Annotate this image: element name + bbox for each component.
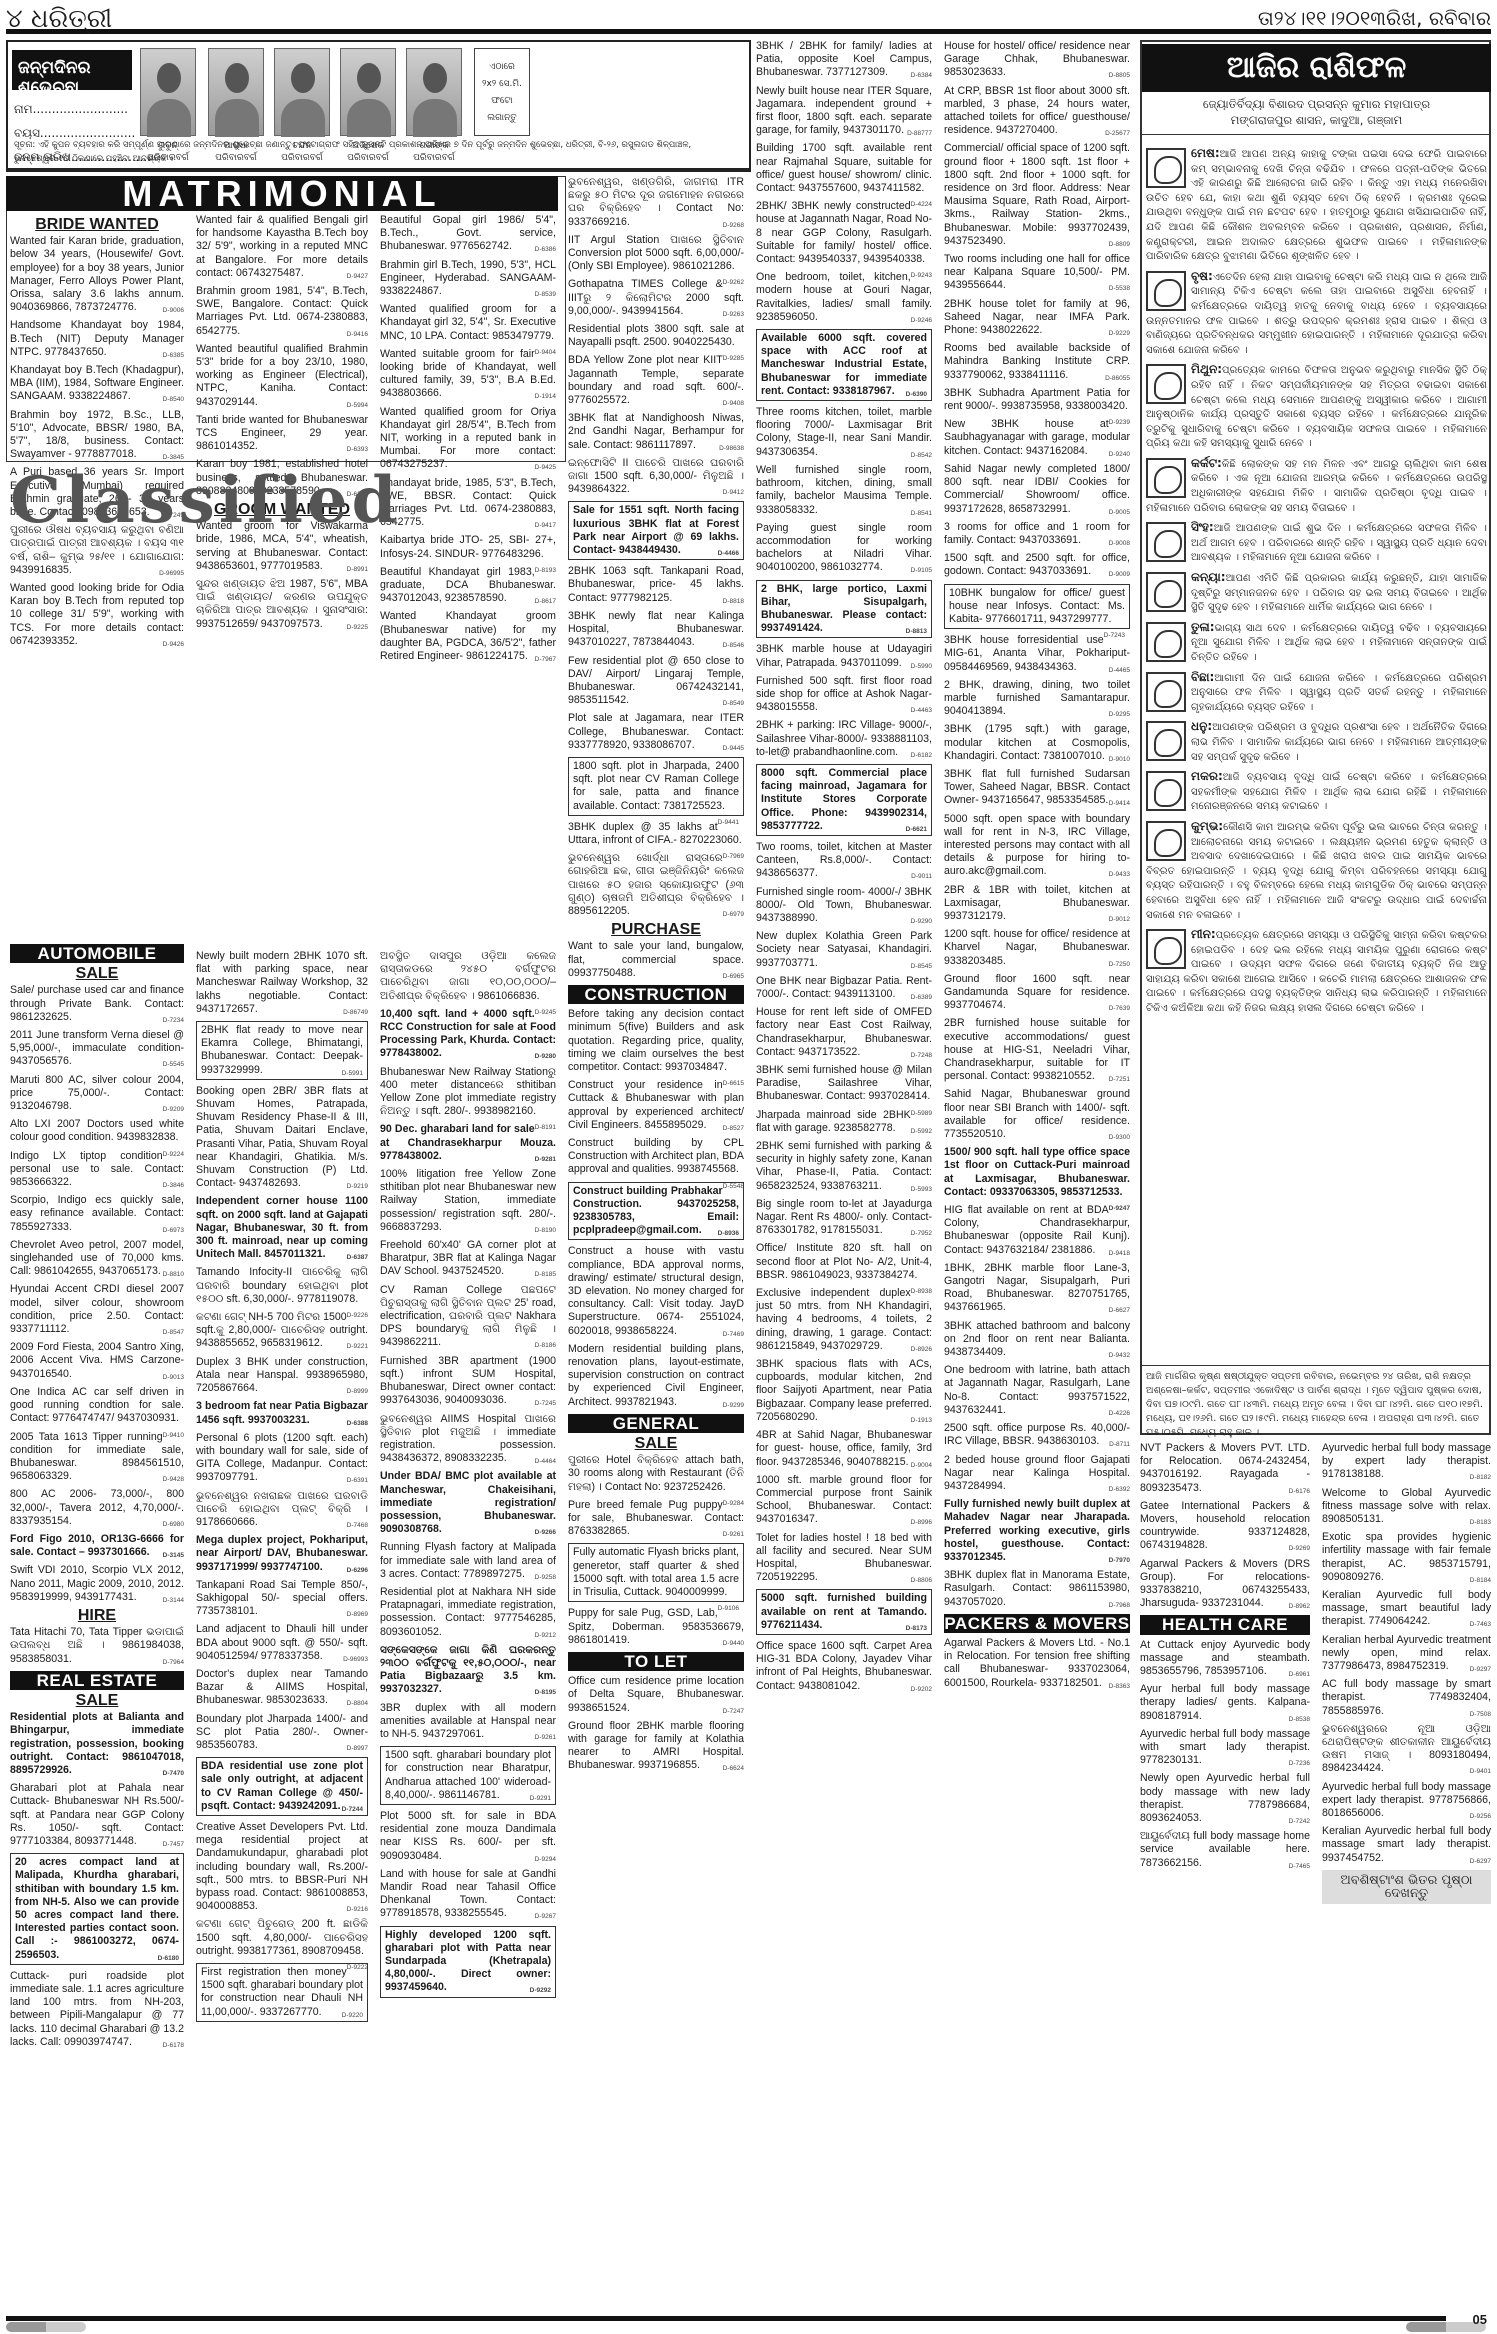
classified-ad: Construct your residence in Cuttack & Bh… bbox=[568, 1079, 744, 1132]
ad-code: D-6391 bbox=[347, 1474, 368, 1487]
ad-text: Bhubaneswar New Railway Stationରୁ 400 me… bbox=[380, 1066, 556, 1118]
classified-ad: Newly open Ayurvedic herbal full body ma… bbox=[1140, 1772, 1310, 1825]
general-heading: GENERAL bbox=[568, 1414, 744, 1433]
classified-ad: One bedroom, toilet, kitchen, modern hou… bbox=[756, 271, 932, 324]
ad-code: D-5993 bbox=[911, 1183, 932, 1196]
ad-text: Wanted fair & qualified Bengali girl for… bbox=[196, 214, 368, 279]
ad-code: D-6178 bbox=[163, 2039, 184, 2052]
ad-text: 1000 sft. marble ground floor for Commer… bbox=[756, 1474, 932, 1526]
ad-code: D-8183 bbox=[1470, 1516, 1491, 1529]
classified-ad: 2BHK/ 3BHK newly constructed house at Ja… bbox=[756, 200, 932, 266]
classified-ad: Wanted Khandayat groom (Bhubaneswar nati… bbox=[380, 610, 556, 663]
classified-ad: Residential plots 3800 sqft. sale at Nay… bbox=[568, 323, 744, 349]
classified-ad: 3BHK attached bathroom and balcony on 2n… bbox=[944, 1320, 1130, 1360]
ad-text: ଭୁବନେଶ୍ୱରରେ ନୂଆ ଓଡ଼ିଆ ଥେରାପିଷ୍ଟଙ୍କ ଶୀତକା… bbox=[1322, 1723, 1491, 1775]
classified-ad: Tata Hitachi 70, Tata Tipper ଭଡାପାଇଁ ଉପଲ… bbox=[10, 1626, 184, 1666]
classified-ad: କଟଣା ଗେଟ୍ NH-5 700 ମିଟର 1500 sqft.କୁ 2,8… bbox=[196, 1311, 368, 1351]
ad-text: Tankapani Road Sai Temple 850/-, Sakhigo… bbox=[196, 1579, 368, 1617]
classified-ad: 3BR duplex with all modern amenities ava… bbox=[380, 1702, 556, 1742]
ad-code: D-8190 bbox=[535, 1224, 556, 1237]
classified-ad: Ayur herbal full body massage therapy la… bbox=[1140, 1683, 1310, 1723]
ad-code: D-5548 bbox=[723, 1180, 744, 1193]
classified-ad: ଭୁବନେଶ୍ୱର ନଖରାଛକ ପାଖରେ ଘରବାଡି ପାଚେରି ହୋଇ… bbox=[196, 1490, 368, 1530]
classified-ad: Independent corner house 1100 sqft. on 2… bbox=[196, 1195, 368, 1261]
ad-code: D-9284 bbox=[723, 1497, 744, 1510]
ad-text: Residential plot at Nakhara NH side Prat… bbox=[380, 1586, 556, 1638]
classified-ad: Doctor's duplex near Tamando Bazar & AII… bbox=[196, 1668, 368, 1708]
ad-text: 2 BHK, drawing, dining, two toilet marbl… bbox=[944, 679, 1130, 717]
ad-text: Gatee International Packers & Movers, ho… bbox=[1140, 1500, 1310, 1552]
ad-text: Residential plots at Balianta and Bhinga… bbox=[10, 1711, 184, 1776]
ad-text: 1800 sqft. plot in Jharpada, 2400 sqft. … bbox=[573, 760, 739, 812]
ad-code: D-6176 bbox=[1289, 1485, 1310, 1498]
ad-text: କଟଣା ଗେଟ୍ NH-5 700 ମିଟର 1500 sqft.କୁ 2,8… bbox=[196, 1311, 368, 1349]
horoscope-sign: ମେଷ:ଆଜି ଆପଣ ଅନ୍ୟ କାହାକୁ ଟଙ୍କା ପଇସା ଦେଇ ଫ… bbox=[1146, 146, 1487, 265]
classified-ad: Furnished 3BR apartment (1900 sqft.) inf… bbox=[380, 1355, 556, 1408]
ad-text: Jharpada mainroad side 2BHK flat with ga… bbox=[756, 1109, 911, 1134]
ad-code: D-9266 bbox=[535, 1526, 556, 1539]
ad-code: D-1913 bbox=[911, 1414, 932, 1427]
ad-text: 5000 sqft. furnished building available … bbox=[761, 1592, 927, 1630]
classified-ad: Office space 1600 sqft. Carpet Area HIG-… bbox=[756, 1640, 932, 1693]
horoscope-sign: ବିଛା:ଆଗାମୀ ଦିନ ପାଇଁ ଯୋଜନା କରିବେ । କର୍ମକ୍… bbox=[1146, 670, 1487, 716]
ad-text: 2BHK flat ready to move near Ekamra Coll… bbox=[201, 1024, 363, 1076]
ad-code: D-9285 bbox=[723, 352, 744, 365]
ad-code: D-9106 bbox=[718, 1602, 739, 1615]
classified-ad: 3BHK marble house at Udayagiri Vihar, Pa… bbox=[756, 643, 932, 669]
classified-ad: 2 BHK, drawing, dining, two toilet marbl… bbox=[944, 679, 1130, 719]
classified-ad: Brahmin groom 1981, 5'4", B.Tech, SWE, B… bbox=[196, 285, 368, 338]
ad-text: 2BR furnished house suitable for executi… bbox=[944, 1017, 1130, 1082]
ad-code: D-9418 bbox=[1109, 1247, 1130, 1260]
ad-text: Furnished 3BR apartment (1900 sqft.) inf… bbox=[380, 1355, 556, 1407]
ad-code: D-9281 bbox=[535, 1153, 556, 1166]
ad-text: Big single room to-let at Jayadurga Naga… bbox=[756, 1198, 932, 1236]
classified-ad: One bedroom with latrine, bath attach at… bbox=[944, 1364, 1130, 1417]
ad-code: D-9441 bbox=[718, 816, 739, 829]
ad-text: Plot 5000 sft. for sale in BDA residenti… bbox=[380, 1810, 556, 1862]
ad-code: D-8542 bbox=[911, 449, 932, 462]
ad-code: D-8936 bbox=[718, 1227, 739, 1240]
ad-code: D-7967 bbox=[535, 653, 556, 666]
classified-ad: CV Raman College ପଛପଟେ ପିଚୁରାସ୍ତାକୁ ଲାଗି… bbox=[380, 1284, 556, 1350]
ad-text: Furnished single room- 4000/-/ 3BHK 8000… bbox=[756, 886, 932, 924]
ad-code: D-9268 bbox=[723, 219, 744, 232]
ad-text: 8000 sqft. Commercial place facing mainr… bbox=[761, 767, 927, 832]
ad-code: D-96995 bbox=[159, 567, 184, 580]
ad-text: Ground floor 1600 sqft. near Gandamunda … bbox=[944, 973, 1130, 1011]
horoscope-sign: ଧନୁ:ଆପଣଙ୍କ ପରିଶ୍ରମ ଓ ବୁଦ୍ଧିର ପ୍ରଶଂସା ହେବ… bbox=[1146, 719, 1487, 765]
classified-ad: 2500 sqft. office purpose Rs. 40,000/- I… bbox=[944, 1422, 1130, 1448]
name-field: ନାମ......................... bbox=[14, 102, 128, 117]
sign-prediction: ଆପଣଙ୍କ ପରିଶ୍ରମ ଓ ବୁଦ୍ଧିର ପ୍ରଶଂସା ହେବ । ଅ… bbox=[1191, 722, 1487, 762]
ad-text: 2 BHK, large portico, Laxmi Bihar, Sisup… bbox=[761, 583, 927, 635]
ad-text: 3BHK flat full furnished Sudarsan Tower,… bbox=[944, 768, 1130, 806]
ad-code: D-8527 bbox=[723, 1122, 744, 1135]
ad-text: Construct a house with vastu compliance,… bbox=[568, 1245, 744, 1336]
ad-code: D-4466 bbox=[718, 547, 739, 560]
ad-code: D-6388 bbox=[347, 1417, 368, 1430]
ad-code: D-8545 bbox=[911, 960, 932, 973]
classified-ad: 2BHK flat ready to move near Ekamra Coll… bbox=[196, 1021, 368, 1080]
ad-text: Exclusive independent duplex just 50 mtr… bbox=[756, 1287, 932, 1352]
ad-code: D-9300 bbox=[1109, 1131, 1130, 1144]
matrimonial-col-3: Beautiful Gopal girl 1986/ 5'4", B.Tech.… bbox=[380, 214, 556, 668]
ad-code: D-7251 bbox=[1109, 1073, 1130, 1086]
classified-ad: 1500 sqft. gharabari boundary plot for c… bbox=[380, 1746, 556, 1805]
ad-text: Freehold 60'x40' GA corner plot at Bhara… bbox=[380, 1239, 556, 1277]
ad-text: 2BHK house tolet for family at 96, Sahee… bbox=[944, 298, 1130, 336]
classified-ad: Plot sale at Jagamara, near ITER College… bbox=[568, 712, 744, 752]
ad-code: D-9427 bbox=[347, 270, 368, 283]
lion-icon bbox=[1146, 522, 1186, 562]
ad-code: D-9291 bbox=[530, 1792, 551, 1805]
ad-code: D-7248 bbox=[911, 1049, 932, 1062]
ad-code: D-9004 bbox=[911, 1459, 932, 1472]
ad-text: Want to sale your land, bungalow, flat, … bbox=[568, 940, 744, 978]
classified-ad: Land with house for sale at Gandhi Mandi… bbox=[380, 1868, 556, 1921]
classified-ad: 3BHK duplex @ 35 lakhs at Uttara, infron… bbox=[568, 821, 744, 847]
matrimonial-col-1: BRIDE WANTED Wanted fair Karan bride, gr… bbox=[10, 214, 184, 653]
ad-code: D-9267 bbox=[535, 1910, 556, 1923]
classified-ad: Swift VDI 2010, Scorpio VLX 2012, Nano 2… bbox=[10, 1564, 184, 1604]
twins-icon bbox=[1146, 364, 1186, 404]
water-bearer-icon bbox=[1146, 821, 1186, 861]
classified-ad: Freehold 60'x40' GA corner plot at Bhara… bbox=[380, 1239, 556, 1279]
maiden-icon bbox=[1146, 572, 1186, 612]
ad-code: D-8549 bbox=[723, 697, 744, 710]
ad-code: D-6961 bbox=[1289, 1668, 1310, 1681]
ad-text: Scorpio, Indigo ecs quickly sale, easy r… bbox=[10, 1194, 184, 1232]
matrimonial-col-2: Wanted fair & qualified Bengali girl for… bbox=[196, 214, 368, 636]
ad-text: 2500 sqft. office purpose Rs. 40,000/- I… bbox=[944, 1422, 1130, 1447]
classified-ad: Building 1700 sqft. available rent near … bbox=[756, 142, 932, 195]
classified-ad: Kaibartya bride JTO- 25, SBI- 27+, Infos… bbox=[380, 534, 556, 560]
classified-ad: Ayurvedic herbal full body massage exper… bbox=[1322, 1781, 1491, 1821]
classified-ad: Modern residential building plans, renov… bbox=[568, 1343, 744, 1409]
ad-text: Gothapatna TIMES College & IIITରୁ ୨ କିଲୋ… bbox=[568, 278, 744, 316]
classified-ad: Boundary plot Jharpada 1400/- and SC plo… bbox=[196, 1713, 368, 1753]
ad-code: D-9445 bbox=[723, 742, 744, 755]
ad-text: Wanted qualified groom for Oriya Khanday… bbox=[380, 406, 556, 471]
classified-ad: Construct building by CPL Construction w… bbox=[568, 1137, 744, 1177]
birthday-note: ସୂଚନା: ଏହି କୁପନ ବ୍ୟବହାର କରି ସମ୍ପୂର୍ଣ୍ଣ ମ… bbox=[6, 136, 751, 170]
ad-code: D-9412 bbox=[723, 486, 744, 499]
classified-ad: Residential plots at Balianta and Bhinga… bbox=[10, 1711, 184, 1777]
ad-code: D-9432 bbox=[1109, 1349, 1130, 1362]
classified-ad: Gharabari plot at Pahala near Cuttack- B… bbox=[10, 1782, 184, 1848]
classified-ad: 20 acres compact land at Malipada, Khurd… bbox=[10, 1853, 184, 1965]
classified-ad: Newly built house near ITER Square, Jaga… bbox=[756, 85, 932, 138]
ad-text: One Indica AC car self driven in good ru… bbox=[10, 1386, 184, 1424]
classified-ad: Puppy for sale Pug, GSD, Lab, Spitz, Dob… bbox=[568, 1607, 744, 1647]
classified-ad: Fully furnished newly built duplex at Ma… bbox=[944, 1498, 1130, 1564]
classified-ad: ଭୁବନେଶ୍ୱର AIIMS Hospital ପାଖରେ ସ୍ଥିତିବାନ… bbox=[380, 1413, 556, 1466]
ad-text: Ground floor 2BHK marble flooring with g… bbox=[568, 1720, 744, 1772]
ad-code: D-6627 bbox=[1109, 1304, 1130, 1317]
ad-text: ସଙ୍କେସଙ୍କେ ଜାଗା କିଣି ଘରକରନ୍ତୁ ୨୩୦୦ ବର୍ଗଫ… bbox=[380, 1644, 556, 1696]
ad-text: Ayurvedic herbal full body massage exper… bbox=[1322, 1781, 1491, 1819]
ad-text: Creative Asset Developers Pvt. Ltd. mega… bbox=[196, 1821, 368, 1912]
real-estate-column-4: ଭୁବନେଶ୍ୱର, ଖଣ୍ଡଗିରି, ଜାଗମରା ITR ଛକରୁ ୫୦ … bbox=[568, 176, 744, 1778]
ad-code: D-9263 bbox=[723, 308, 744, 321]
ad-code: D-88777 bbox=[907, 127, 932, 140]
classified-ad: Alto LXI 2007 Doctors used white colour … bbox=[10, 1118, 184, 1144]
ad-text: Wanted fair Karan bride, graduation, bel… bbox=[10, 235, 184, 313]
classified-ad: At CRP, BBSR 1st floor about 3000 sft. m… bbox=[944, 85, 1130, 138]
sign-name: ଧନୁ: bbox=[1191, 719, 1212, 733]
sign-name: ବିଛା: bbox=[1191, 670, 1214, 684]
ad-text: Personal 6 plots (1200 sqft. each) with … bbox=[196, 1432, 368, 1484]
ad-code: D-9292 bbox=[530, 1984, 551, 1997]
classified-ad: Wanted suitable groom for fair looking b… bbox=[380, 348, 556, 401]
ad-code: D-6980 bbox=[163, 1518, 184, 1531]
ad-text: Exotic spa provides hygienic infertility… bbox=[1322, 1531, 1491, 1583]
ad-text: 2 beded house ground floor Gajapati Naga… bbox=[944, 1454, 1130, 1492]
classified-ad: Maruti 800 AC, silver colour 2004, price… bbox=[10, 1074, 184, 1114]
classified-ad: Plot 5000 sft. for sale in BDA residenti… bbox=[380, 1810, 556, 1863]
ad-text: CV Raman College ପଛପଟେ ପିଚୁରାସ୍ତାକୁ ଲାଗି… bbox=[380, 1284, 556, 1349]
classified-ad: 4BR at Sahid Nagar, Bhubaneswar for gues… bbox=[756, 1429, 932, 1469]
ad-text: Running Flyash factory at Malipada for i… bbox=[380, 1541, 556, 1579]
ad-code: D-9222 bbox=[347, 1961, 368, 1974]
sign-name: କର୍କଟ: bbox=[1191, 456, 1222, 470]
ad-text: Brahmin boy 1972, B.Sc., LLB, 5'10", Adv… bbox=[10, 409, 184, 461]
ad-code: D-9414 bbox=[1109, 797, 1130, 810]
classified-ad: Office cum residence prime location of D… bbox=[568, 1675, 744, 1715]
ad-code: D-86749 bbox=[343, 1006, 368, 1019]
ad-code: D-9011 bbox=[911, 870, 932, 883]
ad-text: Available 6000 sqft. covered space with … bbox=[761, 332, 927, 397]
hire-heading: HIRE bbox=[10, 1609, 184, 1622]
classified-ad: BDA Yellow Zone plot near KIIT Jagannath… bbox=[568, 354, 744, 407]
classified-ad: Ayurvedic herbal full body massage with … bbox=[1140, 1728, 1310, 1768]
ad-text: Boundary plot Jharpada 1400/- and SC plo… bbox=[196, 1713, 368, 1751]
ad-code: D-6180 bbox=[158, 1952, 179, 1965]
ad-code: D-9440 bbox=[723, 1637, 744, 1650]
ad-text: 3BHK (1795 sqft.) with garage, modular k… bbox=[944, 723, 1130, 761]
classified-ad: ଇନ୍ଫୋସିଟି II ପାଚେରି ପାଖରେ ଘରବାରି ଜାଗା 15… bbox=[568, 457, 744, 497]
classified-ad: Handsome Khandayat boy 1984, B.Tech (NIT… bbox=[10, 319, 184, 359]
classified-ad: Office/ Institute 820 sft. hall on secon… bbox=[756, 1242, 932, 1282]
classified-ad: 3BHK house forresidential use MIG-61, An… bbox=[944, 634, 1130, 674]
health-column-2: Ayurvedic herbal full body massage by ex… bbox=[1322, 1442, 1491, 1904]
classified-ad: ଭୁବନେଶ୍ୱରରେ ନୂଆ ଓଡ଼ିଆ ଥେରାପିଷ୍ଟଙ୍କ ଶୀତକା… bbox=[1322, 1723, 1491, 1776]
sign-prediction: କୌଣସି କାମ ଆରମ୍ଭ କରିବା ପୂର୍ବରୁ ଭଲ ଭାବରେ ଚ… bbox=[1146, 822, 1487, 921]
ad-code: D-8810 bbox=[163, 1268, 184, 1281]
ad-code: D-9010 bbox=[1109, 753, 1130, 766]
ad-code: D-8806 bbox=[911, 1574, 932, 1587]
ad-text: Puppy for sale Pug, GSD, Lab, Spitz, Dob… bbox=[568, 1607, 744, 1645]
ad-code: D-7639 bbox=[1109, 1002, 1130, 1015]
classified-ad: Big single room to-let at Jayadurga Naga… bbox=[756, 1198, 932, 1238]
ad-code: D-7457 bbox=[163, 1838, 184, 1851]
ad-code: D-8805 bbox=[1109, 69, 1130, 82]
ad-code: D-7242 bbox=[1289, 1815, 1310, 1828]
ad-code: D-9247 bbox=[1109, 1202, 1130, 1215]
classified-ad: Personal 6 plots (1200 sqft. each) with … bbox=[196, 1432, 368, 1485]
ad-code: D-9008 bbox=[1109, 537, 1130, 550]
ad-code: D-8938 bbox=[911, 1285, 932, 1298]
ad-text: Land with house for sale at Gandhi Mandi… bbox=[380, 1868, 556, 1920]
ad-code: D-7508 bbox=[1470, 1708, 1491, 1721]
ad-text: Modern residential building plans, renov… bbox=[568, 1343, 744, 1408]
ad-code: D-9219 bbox=[347, 1180, 368, 1193]
ad-text: 3 bedroom fat near Patia Bigbazar 1456 s… bbox=[196, 1400, 368, 1425]
classified-ad: At Cuttack enjoy Ayurvedic body massage … bbox=[1140, 1639, 1310, 1679]
classified-ad: Jharpada mainroad side 2BHK flat with ga… bbox=[756, 1109, 932, 1135]
ad-text: Chevrolet Aveo petrol, 2007 model, singl… bbox=[10, 1239, 184, 1277]
ad-text: 1500 sqft. gharabari boundary plot for c… bbox=[385, 1749, 551, 1801]
ad-text: 1BHK, 2BHK marble floor Lane-3, Gangotri… bbox=[944, 1262, 1130, 1314]
classified-ad: Ayurvedic herbal full body massage by ex… bbox=[1322, 1442, 1491, 1482]
sign-name: ସିଂହ: bbox=[1191, 520, 1214, 534]
classified-ad: Furnished 500 sqft. first floor road sid… bbox=[756, 675, 932, 715]
classified-ad: Land adjacent to Dhauli hill under BDA a… bbox=[196, 1623, 368, 1663]
ad-text: Indigo LX tiptop condition personal use … bbox=[10, 1150, 184, 1188]
classified-ad: 3BHK / 2BHK for family/ ladies at Patia,… bbox=[756, 40, 932, 80]
child-photo bbox=[340, 48, 396, 136]
ad-code: D-96993 bbox=[343, 1653, 368, 1666]
ad-text: Two rooms including one hall for office … bbox=[944, 253, 1130, 291]
ad-code: D-3145 bbox=[163, 1549, 184, 1562]
sign-prediction: ଆଜି ବ୍ୟବସାୟ ବୃଦ୍ଧି ପାଇଁ ଚେଷ୍ଟା କରିବେ । କ… bbox=[1191, 772, 1487, 812]
classified-ad: Booking open 2BR/ 3BR flats at Shuvam Ho… bbox=[196, 1085, 368, 1191]
classified-ad: Well furnished single room, bathroom, ki… bbox=[756, 464, 932, 517]
ad-code: D-4224 bbox=[911, 198, 932, 211]
classified-ad: Scorpio, Indigo ecs quickly sale, easy r… bbox=[10, 1194, 184, 1234]
ad-text: Wanted qualified groom for a Khandayat g… bbox=[380, 303, 556, 341]
ad-text: AC full body massage by smart therapist.… bbox=[1322, 1678, 1491, 1716]
ad-code: D-6615 bbox=[723, 1077, 744, 1090]
ad-text: 3BHK newly flat near Kalinga Hospital, B… bbox=[568, 610, 744, 648]
ad-text: Construct building by CPL Construction w… bbox=[568, 1137, 744, 1175]
ad-text: ଭୁବନେଶ୍ୱର ଖୋର୍ଦ୍ଧା ରାସ୍ତାରେ ଗୋହରିଆ ଛକ, ଗ… bbox=[568, 852, 744, 917]
photo-placeholder: ଏଠାରେ୨x୨ ସେ.ମି.ଫଟୋଲଗାନ୍ତୁ bbox=[474, 48, 530, 136]
sign-prediction: ପ୍ରତ୍ୟେକ କ୍ଷେତ୍ରରେ ସମସ୍ୟା ଓ ପରିସ୍ଥିତିକୁ … bbox=[1146, 930, 1487, 1014]
classified-ad: Wanted beautiful qualified Brahmin 5'3" … bbox=[196, 343, 368, 409]
ad-text: 3BHK house forresidential use MIG-61, An… bbox=[944, 634, 1130, 672]
classified-ad: 1200 sqft. house for office/ residence a… bbox=[944, 928, 1130, 968]
ad-text: Keralian herbal Ayurvedic treatment newl… bbox=[1322, 1634, 1491, 1672]
ad-text: Ayur herbal full body massage therapy la… bbox=[1140, 1683, 1310, 1721]
ad-code: D-98638 bbox=[719, 442, 744, 455]
ad-text: ଭୁବନେଶ୍ୱର ନଖରାଛକ ପାଖରେ ଘରବାଡି ପାଚେରି ହୋଇ… bbox=[196, 1490, 368, 1528]
ad-code: D-5545 bbox=[163, 1058, 184, 1071]
ad-text: 2BHK 1063 sqft. Tankapani Road, Bhubanes… bbox=[568, 565, 744, 603]
scorpion-icon bbox=[1146, 672, 1186, 712]
ad-text: 4BR at Sahid Nagar, Bhubaneswar for gues… bbox=[756, 1429, 932, 1467]
classified-ad: ଭୁବନେଶ୍ୱର, ଖଣ୍ଡଗିରି, ଜାଗମରା ITR ଛକରୁ ୫୦ … bbox=[568, 176, 744, 229]
ad-code: D-7465 bbox=[1289, 1860, 1310, 1873]
ad-text: At CRP, BBSR 1st floor about 3000 sft. m… bbox=[944, 85, 1130, 137]
classified-ad: ସୁନ୍ଦର ଖଣ୍ଡାୟତ ଝିଅ 1987, 5'6", MBA ପାଇଁ … bbox=[196, 578, 368, 631]
ad-text: Keralian Ayurvedic herbal full body mass… bbox=[1322, 1825, 1491, 1863]
classified-ad: Running Flyash factory at Malipada for i… bbox=[380, 1541, 556, 1581]
classified-ad: New 3BHK house at Saubhagyanagar with ga… bbox=[944, 418, 1130, 458]
ad-text: Brahmin groom 1981, 5'4", B.Tech, SWE, B… bbox=[196, 285, 368, 337]
classified-ad: 3BHK flat at Nandighoosh Niwas, 2nd Gand… bbox=[568, 412, 744, 452]
ad-code: D-5991 bbox=[342, 1067, 363, 1080]
ad-text: Handsome Khandayat boy 1984, B.Tech (NIT… bbox=[10, 319, 184, 357]
classified-ad: Before taking any decision contact minim… bbox=[568, 1008, 744, 1074]
classified-ad: Khandayat boy B.Tech (Khadagpur), MBA (I… bbox=[10, 364, 184, 404]
automobile-heading: AUTOMOBILE bbox=[10, 944, 184, 963]
ad-text: 2BHK/ 3BHK newly constructed house at Ja… bbox=[756, 200, 932, 265]
ad-code: D-6979 bbox=[723, 908, 744, 921]
classified-ad: Three rooms kitchen, toilet, marble floo… bbox=[756, 406, 932, 459]
ad-text: 5000 sqft. open space with boundary wall… bbox=[944, 813, 1130, 878]
ad-text: Paying guest single room accommodation f… bbox=[756, 522, 932, 574]
ad-text: NVT Packers & Movers PVT. LTD. for Reloc… bbox=[1140, 1442, 1310, 1494]
ad-text: Rooms bed available backside of Mahindra… bbox=[944, 342, 1130, 380]
ad-code: D-9220 bbox=[342, 2009, 363, 2022]
classified-ad: 2BR & 1BR with toilet, kitchen at Laxmis… bbox=[944, 884, 1130, 924]
horoscope-sign: ତୁଳା:ଭାଗ୍ୟ ସାଥ ଦେବ । କର୍ମକ୍ଷେତ୍ରରେ ଦାୟିତ… bbox=[1146, 620, 1487, 666]
classified-ad: Creative Asset Developers Pvt. Ltd. mega… bbox=[196, 1821, 368, 1913]
classified-ad: Two rooms including one hall for office … bbox=[944, 253, 1130, 293]
bull-icon bbox=[1146, 271, 1186, 311]
masthead: ୪ ଧରିତ୍ରୀ ତା୨୪।୧୧।୨୦୧୩ରିଖ, ରବିବାର bbox=[6, 0, 1491, 34]
ad-code: D-9009 bbox=[1109, 568, 1130, 581]
ad-text: Gharabari plot at Pahala near Cuttack- B… bbox=[10, 1782, 184, 1847]
classified-ad: କଟଣା ଗେଟ୍ ପିଚୁରୋଡ୍ 200 ft. ଛାଡିକି 1500 s… bbox=[196, 1918, 368, 1958]
ad-text: Keralian Ayurvedic full body massage, sm… bbox=[1322, 1589, 1491, 1627]
to-let-column-6: House for hostel/ office/ residence near… bbox=[944, 40, 1130, 1695]
ad-text: Newly built house near ITER Square, Jaga… bbox=[756, 85, 932, 137]
ad-code: D-9258 bbox=[535, 1571, 556, 1584]
ad-text: Building 1700 sqft. available rent near … bbox=[756, 142, 932, 194]
ad-text: Three rooms kitchen, toilet, marble floo… bbox=[756, 406, 932, 458]
ad-text: 3BHK marble house at Udayagiri Vihar, Pa… bbox=[756, 643, 932, 668]
ad-code: D-9013 bbox=[163, 1371, 184, 1384]
ad-code: D-5992 bbox=[911, 1125, 932, 1138]
page-number: 05 bbox=[1473, 2312, 1487, 2327]
classified-ad: Wanted fair & qualified Bengali girl for… bbox=[196, 214, 368, 280]
ad-code: D-9295 bbox=[1109, 708, 1130, 721]
ad-text: One bedroom with latrine, bath attach at… bbox=[944, 1364, 1130, 1416]
classified-ad: Sahid Nagar, Bhubaneswar ground floor ne… bbox=[944, 1088, 1130, 1141]
ad-text: Booking open 2BR/ 3BR flats at Shuvam Ho… bbox=[196, 1085, 368, 1189]
ad-code: D-6392 bbox=[1109, 1483, 1130, 1496]
ad-code: D-8969 bbox=[347, 1608, 368, 1621]
classified-ad: Keralian herbal Ayurvedic treatment newl… bbox=[1322, 1634, 1491, 1674]
child-photo bbox=[140, 48, 196, 136]
horoscope-sign: କୁମ୍ଭ:କୌଣସି କାମ ଆରମ୍ଭ କରିବା ପୂର୍ବରୁ ଭଲ ଭ… bbox=[1146, 819, 1487, 923]
ad-code: D-8546 bbox=[723, 639, 744, 652]
ad-code: D-6182 bbox=[911, 749, 932, 762]
ad-code: D-6387 bbox=[347, 1251, 368, 1264]
construction-heading: CONSTRUCTION bbox=[568, 985, 744, 1004]
classified-ad: House for rent left side of OMFED factor… bbox=[756, 1006, 932, 1059]
classified-ad: BDA residential use zone plot sale only … bbox=[196, 1757, 368, 1816]
ad-text: 3BHK attached bathroom and balcony on 2n… bbox=[944, 1320, 1130, 1358]
ad-code: D-7964 bbox=[163, 1656, 184, 1669]
ad-text: Doctor's duplex near Tamando Bazar & AII… bbox=[196, 1668, 368, 1706]
classified-ad: 2BHK house tolet for family at 96, Sahee… bbox=[944, 298, 1130, 338]
ad-code: D-8184 bbox=[1470, 1574, 1491, 1587]
horoscope-sign: ମକର:ଆଜି ବ୍ୟବସାୟ ବୃଦ୍ଧି ପାଇଁ ଚେଷ୍ଟା କରିବେ… bbox=[1146, 769, 1487, 815]
ad-code: D-9299 bbox=[723, 1399, 744, 1412]
automobile-column: AUTOMOBILE SALE Sale/ purchase used car … bbox=[10, 940, 184, 2054]
matrimonial-header: MATRIMONIAL bbox=[6, 176, 558, 211]
ad-code: D-8185 bbox=[535, 1268, 556, 1281]
ad-text: Beautiful Khandayat girl 1983, graduate,… bbox=[380, 566, 556, 604]
horoscope-sign: କନ୍ୟା:ଆପଣ ଏମିତି କିଛି ପ୍ରକାରର କାର୍ଯ୍ୟ କରୁ… bbox=[1146, 570, 1487, 616]
ad-code: D-9226 bbox=[347, 1309, 368, 1322]
ad-code: D-9262 bbox=[723, 276, 744, 289]
ad-code: D-9280 bbox=[535, 1050, 556, 1063]
